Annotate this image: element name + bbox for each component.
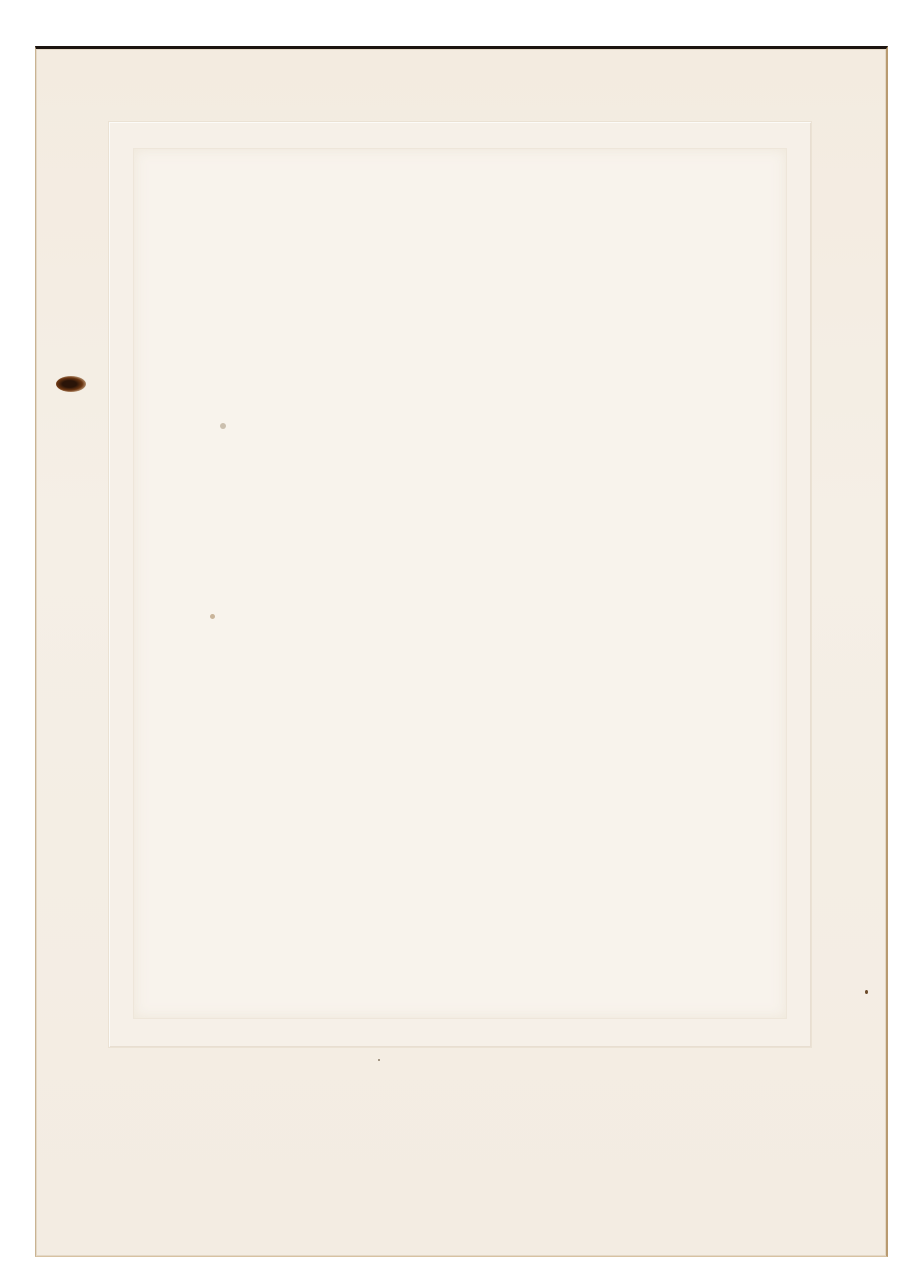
embossed-frame (108, 121, 812, 1048)
speck (865, 990, 868, 994)
speck (220, 423, 226, 429)
speck (378, 1059, 380, 1061)
embossed-panel (133, 148, 787, 1019)
burn-mark (56, 376, 86, 392)
speck (210, 614, 215, 619)
mount-card (35, 46, 888, 1257)
